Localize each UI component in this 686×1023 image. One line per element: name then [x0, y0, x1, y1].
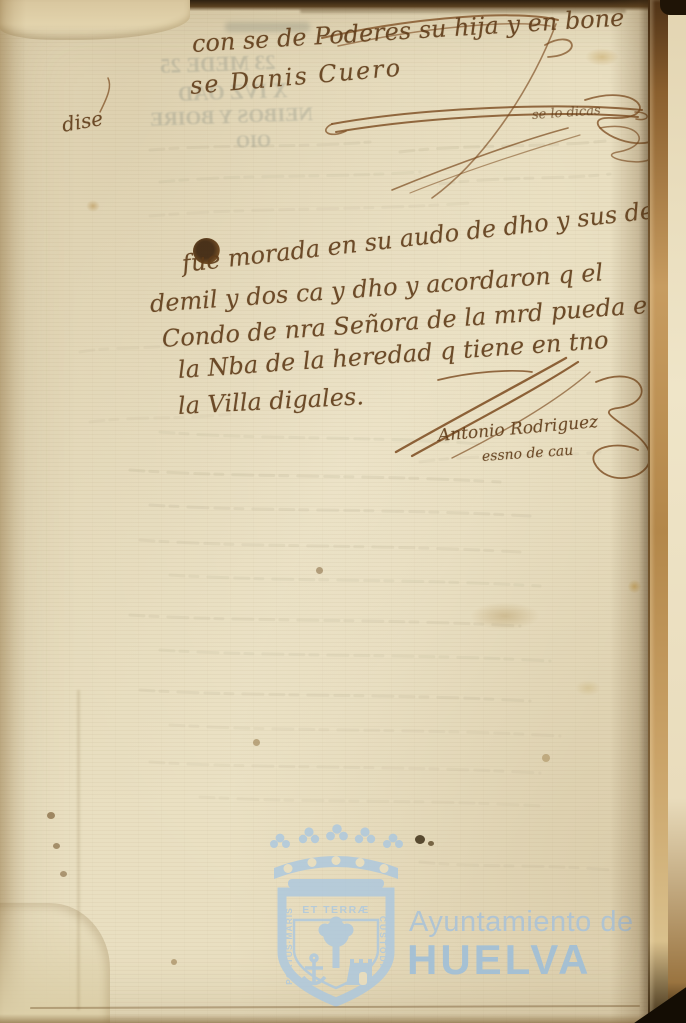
- watermark-org-line2: HUELVA: [407, 936, 591, 984]
- stain: [53, 843, 60, 849]
- stain: [86, 200, 100, 212]
- stain: [60, 871, 67, 877]
- page-fold-edge: [648, 0, 668, 1023]
- stain: [47, 812, 55, 819]
- stain: [171, 959, 177, 965]
- watermark-org-line1: Ayuntamiento de: [409, 906, 634, 939]
- adjacent-page-edge: [668, 0, 686, 1023]
- stain: [415, 835, 425, 844]
- stain: [428, 841, 434, 846]
- gutter-shadow: [610, 0, 648, 1023]
- anchor-icon: [303, 955, 325, 984]
- manuscript-page: 23 MEDE 25 X IVZ OAD NEIBOS Y BOIRE OIO …: [0, 0, 686, 1023]
- crest-motto-left: PORTUS·MARIS: [284, 907, 294, 985]
- huelva-coat-of-arms: ET TERRÆ PORTUS·MARIS CUSTODIA: [266, 822, 406, 1012]
- binding-corner-top-right: [660, 0, 686, 15]
- vertical-crease: [77, 690, 80, 1010]
- stain: [470, 602, 540, 630]
- crest-motto-top: ET TERRÆ: [302, 904, 369, 916]
- crest-motto-right: CUSTODIA: [378, 916, 388, 976]
- castle-icon: [346, 959, 372, 985]
- stain: [253, 739, 260, 746]
- tree-icon: [319, 917, 354, 969]
- top-scan-edge-shadow: [300, 9, 626, 13]
- stain: [542, 754, 550, 762]
- bleedthrough-text: OIO: [236, 130, 272, 152]
- left-deckle-edge: [0, 0, 26, 1023]
- stain: [316, 567, 323, 574]
- stain: [575, 680, 601, 696]
- bottom-scan-edge: [0, 1014, 686, 1023]
